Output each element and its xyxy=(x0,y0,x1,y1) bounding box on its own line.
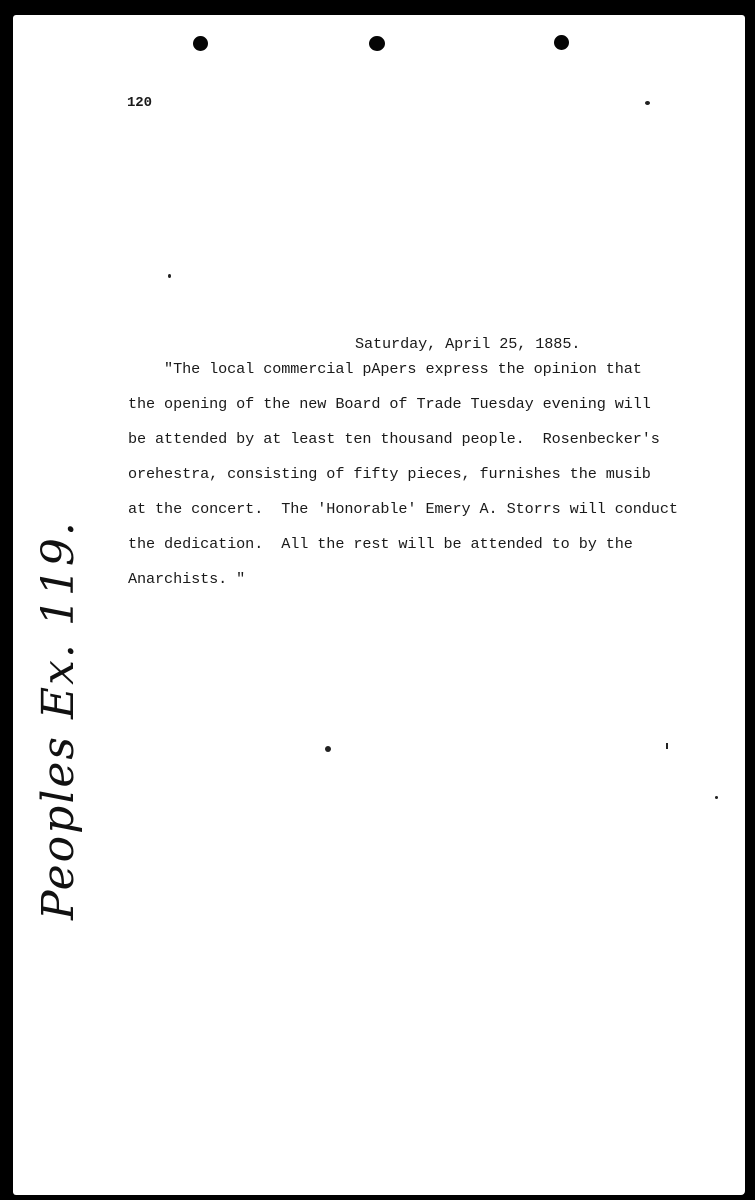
date-heading: Saturday, April 25, 1885. xyxy=(355,337,580,352)
page-number: 120 xyxy=(127,96,152,110)
punch-hole-center xyxy=(369,36,385,51)
scan-speck xyxy=(325,746,331,752)
handwritten-exhibit-label: Peoples Ex. 119. xyxy=(33,520,84,920)
scan-speck xyxy=(168,274,171,278)
body-line-2: the opening of the new Board of Trade Tu… xyxy=(128,397,651,412)
body-line-5: at the concert. The 'Honorable' Emery A.… xyxy=(128,502,678,517)
scan-speck xyxy=(666,743,668,749)
document-page: 120 Saturday, April 25, 1885. "The local… xyxy=(13,15,745,1195)
scan-speck xyxy=(645,101,650,105)
body-line-4: orehestra, consisting of fifty pieces, f… xyxy=(128,467,651,482)
body-line-3: be attended by at least ten thousand peo… xyxy=(128,432,660,447)
body-line-7: Anarchists. " xyxy=(128,572,245,587)
body-line-6: the dedication. All the rest will be att… xyxy=(128,537,633,552)
scan-frame: 120 Saturday, April 25, 1885. "The local… xyxy=(0,0,755,1200)
punch-hole-left xyxy=(193,36,208,51)
scan-speck xyxy=(715,796,718,799)
body-line-1: "The local commercial pApers express the… xyxy=(128,362,642,377)
punch-hole-right xyxy=(554,35,569,50)
